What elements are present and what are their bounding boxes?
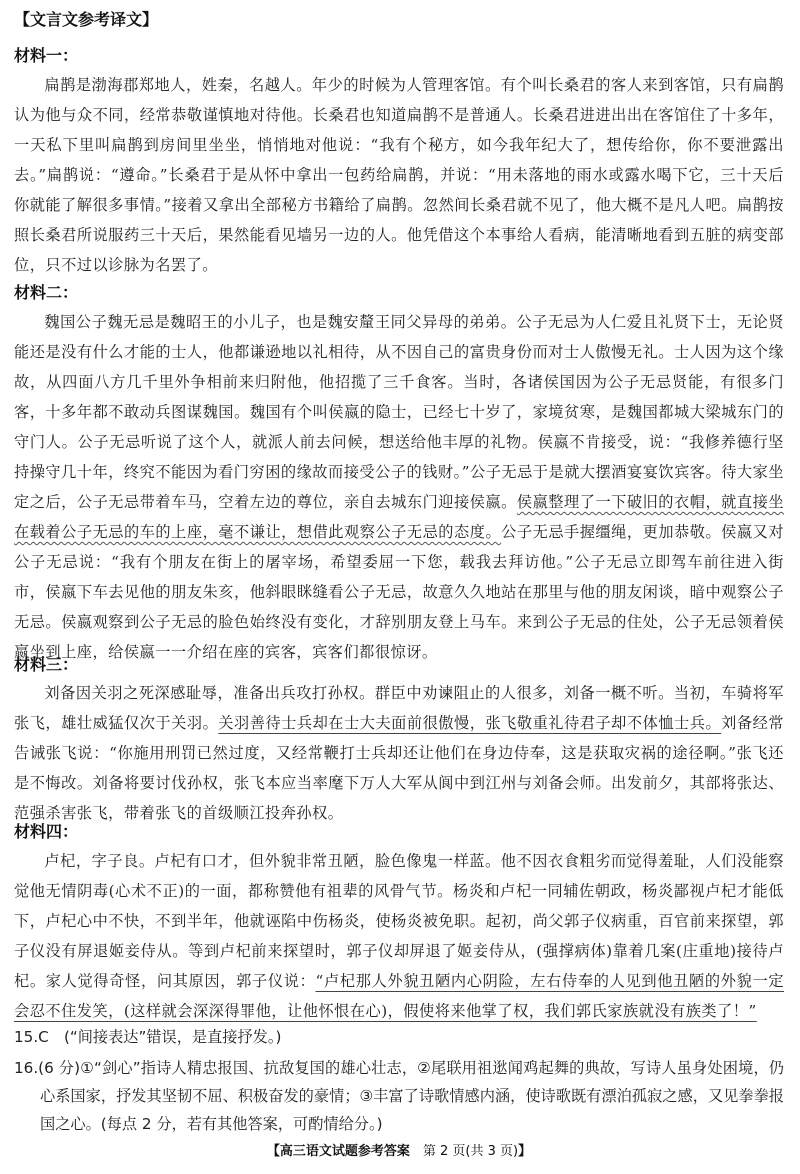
section-heading-3: 材料三： — [14, 655, 78, 675]
underlined-sentence: 关羽善待士兵却在士大夫面前很傲慢，张飞敬重礼待君子却不体恤士兵。 — [218, 714, 721, 732]
footer-page-number: 第 2 页(共 3 页) — [410, 1144, 518, 1159]
section-heading-4: 材料四： — [14, 822, 78, 842]
section-2-text-after: 公子无忌手握缰绳，更加恭敬。侯嬴又对公子无忌说：“我有个朋友在街上的屠宰场，希望… — [14, 523, 784, 661]
footer-bracket-close: 】 — [518, 1144, 531, 1159]
section-4-paragraph: 卢杞，字子良。卢杞有口才，但外貌非常丑陋，脸色像鬼一样蓝。他不因衣食粗劣而觉得羞… — [14, 846, 784, 1026]
section-1-paragraph: 扁鹊是渤海郡郑地人，姓秦，名越人。年少的时候为人管理客馆。有个叫长桑君的客人来到… — [14, 70, 784, 280]
answer-16-text: (6 分)①“剑心”指诗人精忠报国、抗敌复国的雄心壮志，②尾联用祖逖闻鸡起舞的典… — [38, 1059, 784, 1133]
section-2-text-before: 魏国公子魏无忌是魏昭王的小儿子，也是魏安釐王同父异母的弟弟。公子无忌为人仁爱且礼… — [14, 313, 784, 511]
footer-exam-title: 高三语文试题参考答案 — [280, 1144, 410, 1159]
answer-15: 15.C (“间接表达”错误，是直接抒发。) — [14, 1023, 784, 1051]
page-footer: 【高三语文试题参考答案 第 2 页(共 3 页)】 — [14, 1140, 784, 1159]
answer-16: 16.(6 分)①“剑心”指诗人精忠报国、抗敌复国的雄心壮志，②尾联用祖逖闻鸡起… — [14, 1054, 784, 1138]
section-2-paragraph: 魏国公子魏无忌是魏昭王的小儿子，也是魏安釐王同父异母的弟弟。公子无忌为人仁爱且礼… — [14, 307, 784, 667]
answer-15-number: 15. — [14, 1028, 38, 1046]
footer-bracket-open: 【 — [267, 1144, 280, 1159]
section-3-paragraph: 刘备因关羽之死深感耻辱，准备出兵攻打孙权。群臣中劝谏阻止的人很多，刘备一概不听。… — [14, 678, 784, 828]
answer-15-text: C (“间接表达”错误，是直接抒发。) — [38, 1028, 281, 1046]
section-4-text-before: 卢杞，字子良。卢杞有口才，但外貌非常丑陋，脸色像鬼一样蓝。他不因衣食粗劣而觉得羞… — [14, 852, 784, 990]
answer-16-number: 16. — [14, 1059, 38, 1077]
section-heading-2: 材料二： — [14, 283, 78, 303]
document-title: 【文言文参考译文】 — [14, 10, 158, 30]
section-heading-1: 材料一： — [14, 46, 78, 66]
